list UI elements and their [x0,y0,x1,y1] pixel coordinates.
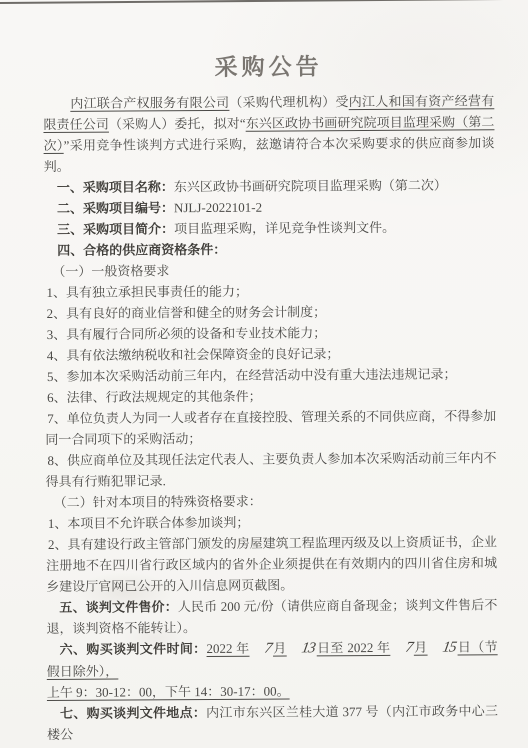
general-requirement-7: 7、单位负责人为同一人或者存在直接控股、管理关系的不同供应商，不得参加同一合同项… [45,405,496,450]
purchase-time-hours: 上午 9：30-12：00，下午 14：30-17：00。 [47,684,290,700]
item-label: 四、合格的供应商资格条件： [57,242,226,258]
item-purchase-location: 七、购买谈判文件地点：内江市东兴区兰桂大道 377 号（内江市政务中心三楼公 [47,700,498,745]
intro-text: ”采用竞争性谈判方式进行采购，兹邀请符合本次采购要求的供应商参加谈判。 [44,135,495,174]
item-value: 项目监理采购，详见竞争性谈判文件。 [174,220,395,236]
date-text: 日至 2022 年 [317,640,391,655]
item-label: 五、谈判文件售价： [59,599,178,615]
item-project-name: 一、采购项目名称：东兴区政协书画研究院项目监理采购（第二次） [44,174,495,198]
page-title: 采购公告 [43,51,494,84]
item-purchase-time: 六、购买谈判文件时间：2022 年7月13日至 2022 年7月15日（节假日除… [47,636,498,703]
general-requirement-4: 4、具有依法缴纳税收和社会保障资金的良好记录； [45,342,496,366]
item-label: 六、购买谈判文件时间： [60,641,207,657]
item-project-brief: 三、采购项目简介：项目监理采购，详见竞争性谈判文件。 [44,216,495,240]
document-content: 采购公告 内江联合产权服务有限公司（采购代理机构）受内江人和国有资产经营有限责任… [43,51,498,745]
general-requirement-8: 8、供应商单位及其现任法定代表人、主要负责人参加本次采购活动前三年内不得具有行贿… [45,447,496,492]
item-document-price: 五、谈判文件售价：人民币 200 元/份（请供应商自备现金；谈判文件售后不退，谈… [46,594,497,639]
handwritten-month: 7 [250,639,273,660]
item-label: 一、采购项目名称： [57,179,174,195]
general-requirements-title: （一）一般资格要求 [44,258,495,282]
handwritten-day: 13 [287,638,317,659]
special-requirement-2: 2、具有建设行政主管部门颁发的房屋建筑工程监理丙级及以上资质证书，企业注册地不在… [46,531,497,597]
intro-text: （采购代理机构）受 [229,94,348,110]
date-text: 月 [414,640,428,655]
intro-text: （采购人）委托，拟对“ [109,116,246,132]
item-label: 七、购买谈判文件地点： [60,705,206,721]
handwritten-month: 7 [391,638,414,659]
date-text: 月 [273,641,287,656]
general-requirement-3: 3、具有履行合同所必须的设备和专业技术能力； [45,321,496,345]
item-label: 三、采购项目简介： [57,221,174,237]
special-requirement-1: 1、本项目不允许联合体参加谈判； [46,510,497,534]
scanned-document-page: 采购公告 内江联合产权服务有限公司（采购代理机构）受内江人和国有资产经营有限责任… [0,0,528,748]
handwritten-day: 15 [428,637,458,658]
procurement-agency-name: 内江联合产权服务有限公司 [70,95,229,111]
special-requirements-title: （二）针对本项目的特殊资格要求： [46,489,497,513]
item-supplier-qualification: 四、合格的供应商资格条件： [44,237,495,261]
scan-edge-artifact [0,0,528,4]
intro-paragraph: 内江联合产权服务有限公司（采购代理机构）受内江人和国有资产经营有限责任公司（采购… [43,90,495,177]
item-value: NJLJ-2022101-2 [174,200,262,216]
general-requirement-5: 5、参加本次采购活动前三年内，在经营活动中没有重大违法违规记录； [45,363,496,387]
general-requirement-6: 6、法律、行政法规规定的其他条件； [45,384,496,408]
general-requirement-1: 1、具有独立承担民事责任的能力； [44,279,495,303]
item-value: 东兴区政协书画研究院项目监理采购（第二次） [174,178,447,195]
date-text: 2022 年 [206,641,249,656]
item-label: 二、采购项目编号： [57,200,174,216]
item-project-number: 二、采购项目编号：NJLJ-2022101-2 [44,195,495,219]
general-requirement-2: 2、具有良好的商业信誉和健全的财务会计制度； [45,300,496,324]
